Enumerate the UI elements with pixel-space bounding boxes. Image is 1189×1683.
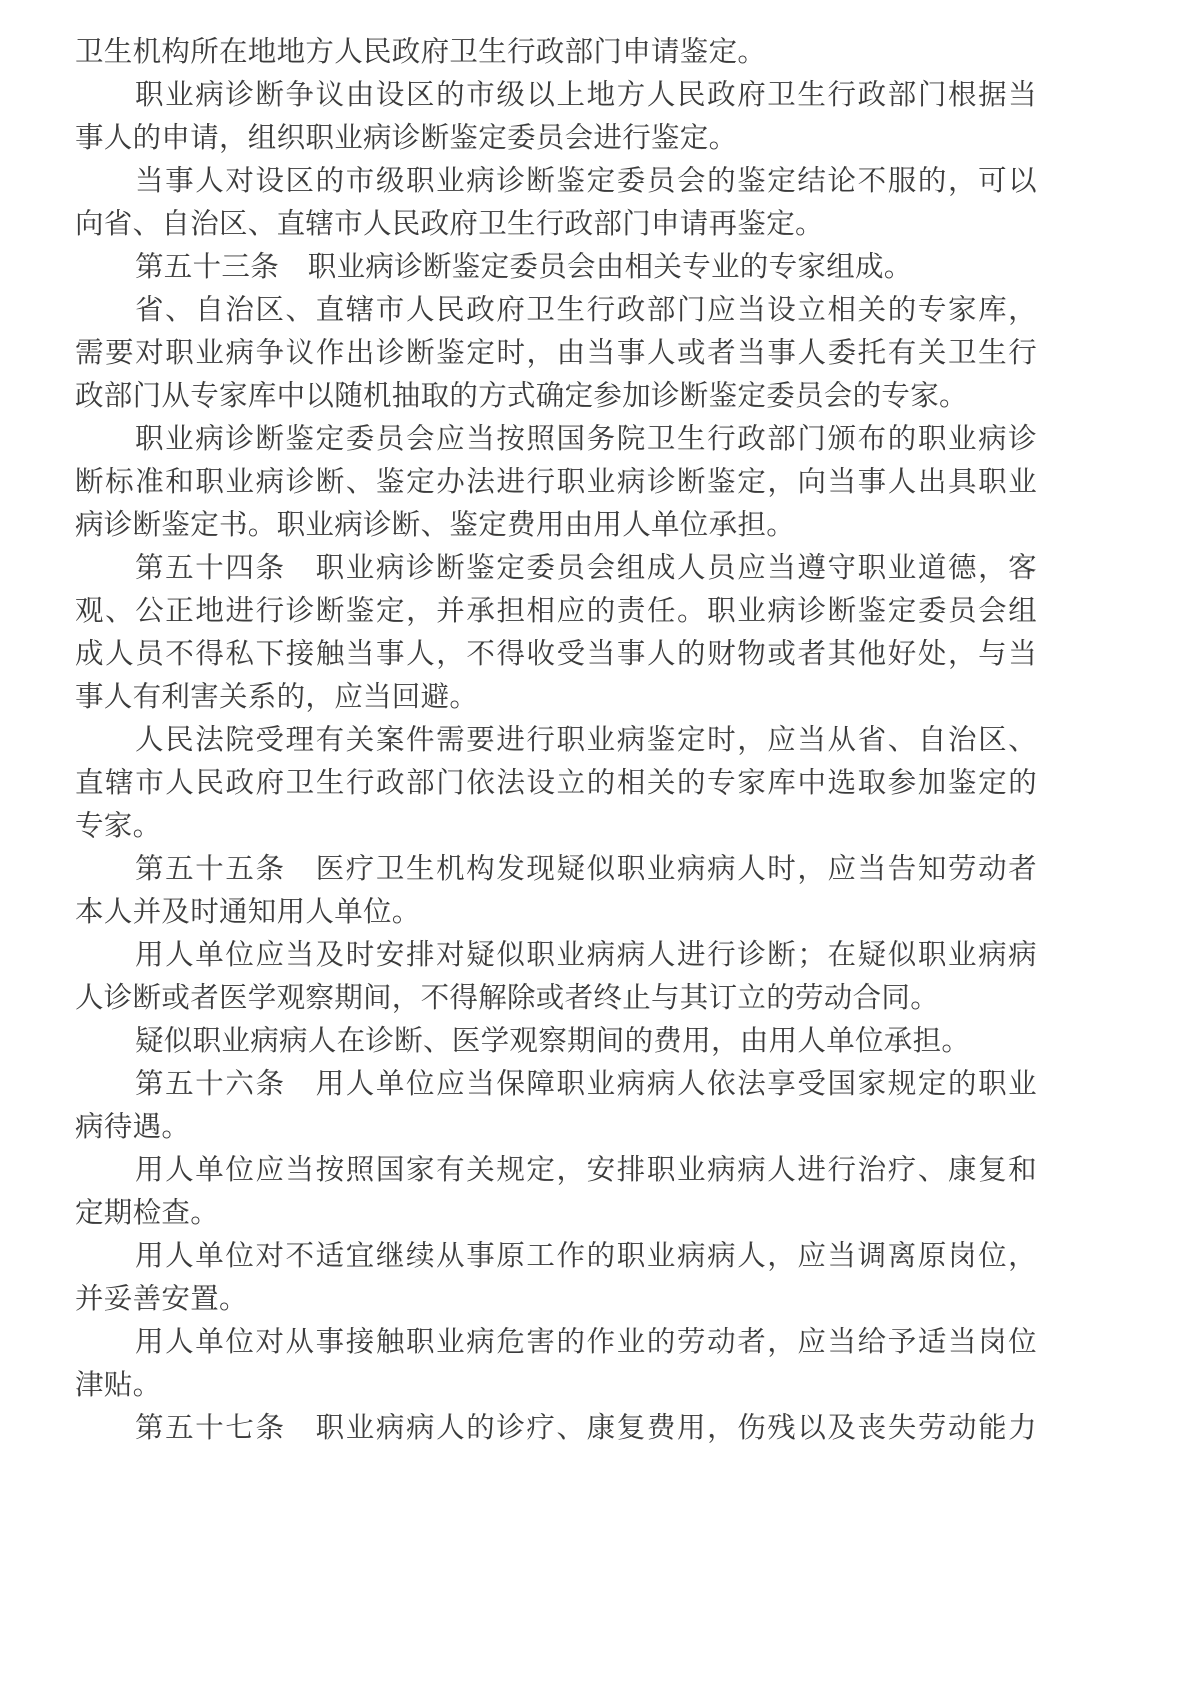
paragraph-first-line: 用人单位应当及时安排对疑似职业病病人进行诊断；在疑似职业病病 bbox=[75, 933, 1037, 976]
paragraph-line: 并妥善安置。 bbox=[75, 1277, 1037, 1320]
paragraph-first-line: 疑似职业病病人在诊断、医学观察期间的费用，由用人单位承担。 bbox=[75, 1019, 1037, 1062]
paragraph-first-line: 职业病诊断争议由设区的市级以上地方人民政府卫生行政部门根据当 bbox=[75, 73, 1037, 116]
paragraph-line: 断标准和职业病诊断、鉴定办法进行职业病诊断鉴定，向当事人出具职业 bbox=[75, 460, 1037, 503]
paragraph-first-line: 用人单位对从事接触职业病危害的作业的劳动者，应当给予适当岗位 bbox=[75, 1320, 1037, 1363]
paragraph-first-line: 用人单位对不适宜继续从事原工作的职业病病人，应当调离原岗位， bbox=[75, 1234, 1037, 1277]
paragraph-line: 事人有利害关系的，应当回避。 bbox=[75, 675, 1037, 718]
paragraph-first-line: 职业病诊断鉴定委员会应当按照国务院卫生行政部门颁布的职业病诊 bbox=[75, 417, 1037, 460]
paragraph-line: 需要对职业病争议作出诊断鉴定时，由当事人或者当事人委托有关卫生行 bbox=[75, 331, 1037, 374]
paragraph-line: 事人的申请，组织职业病诊断鉴定委员会进行鉴定。 bbox=[75, 116, 1037, 159]
paragraph-line: 津贴。 bbox=[75, 1363, 1037, 1406]
paragraph-line: 本人并及时通知用人单位。 bbox=[75, 890, 1037, 933]
paragraph-line: 直辖市人民政府卫生行政部门依法设立的相关的专家库中选取参加鉴定的 bbox=[75, 761, 1037, 804]
document-page: 卫生机构所在地地方人民政府卫生行政部门申请鉴定。职业病诊断争议由设区的市级以上地… bbox=[75, 30, 1037, 1449]
paragraph-first-line: 当事人对设区的市级职业病诊断鉴定委员会的鉴定结论不服的，可以 bbox=[75, 159, 1037, 202]
paragraph-line: 政部门从专家库中以随机抽取的方式确定参加诊断鉴定委员会的专家。 bbox=[75, 374, 1037, 417]
paragraph-line: 卫生机构所在地地方人民政府卫生行政部门申请鉴定。 bbox=[75, 30, 1037, 73]
paragraph-line: 人诊断或者医学观察期间，不得解除或者终止与其订立的劳动合同。 bbox=[75, 976, 1037, 1019]
paragraph-line: 定期检查。 bbox=[75, 1191, 1037, 1234]
paragraph-first-line: 第五十五条 医疗卫生机构发现疑似职业病病人时，应当告知劳动者 bbox=[75, 847, 1037, 890]
paragraph-first-line: 第五十六条 用人单位应当保障职业病病人依法享受国家规定的职业 bbox=[75, 1062, 1037, 1105]
paragraph-line: 专家。 bbox=[75, 804, 1037, 847]
paragraph-line: 向省、自治区、直辖市人民政府卫生行政部门申请再鉴定。 bbox=[75, 202, 1037, 245]
paragraph-first-line: 第五十四条 职业病诊断鉴定委员会组成人员应当遵守职业道德，客 bbox=[75, 546, 1037, 589]
paragraph-line: 病待遇。 bbox=[75, 1105, 1037, 1148]
paragraph-first-line: 第五十三条 职业病诊断鉴定委员会由相关专业的专家组成。 bbox=[75, 245, 1037, 288]
paragraph-first-line: 用人单位应当按照国家有关规定，安排职业病病人进行治疗、康复和 bbox=[75, 1148, 1037, 1191]
paragraph-first-line: 人民法院受理有关案件需要进行职业病鉴定时，应当从省、自治区、 bbox=[75, 718, 1037, 761]
paragraph-line: 病诊断鉴定书。职业病诊断、鉴定费用由用人单位承担。 bbox=[75, 503, 1037, 546]
paragraph-first-line: 第五十七条 职业病病人的诊疗、康复费用，伤残以及丧失劳动能力 bbox=[75, 1406, 1037, 1449]
paragraph-first-line: 省、自治区、直辖市人民政府卫生行政部门应当设立相关的专家库， bbox=[75, 288, 1037, 331]
paragraph-line: 成人员不得私下接触当事人，不得收受当事人的财物或者其他好处，与当 bbox=[75, 632, 1037, 675]
paragraph-line: 观、公正地进行诊断鉴定，并承担相应的责任。职业病诊断鉴定委员会组 bbox=[75, 589, 1037, 632]
